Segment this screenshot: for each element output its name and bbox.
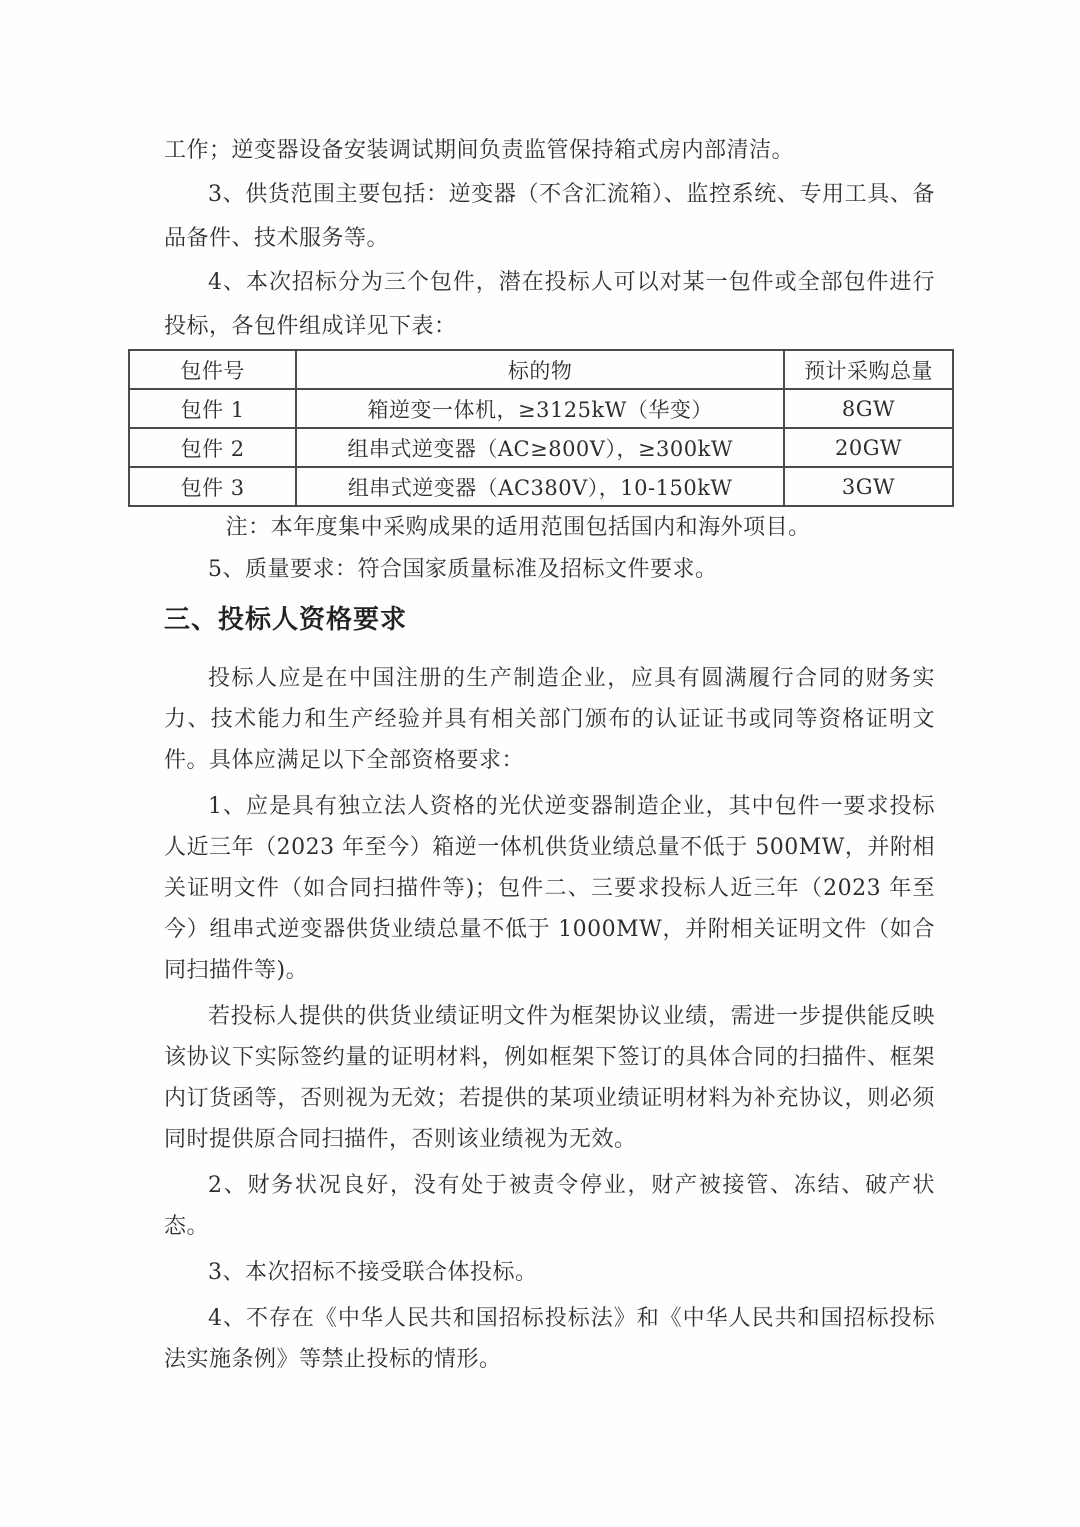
paragraph-packages: 4、本次招标分为三个包件，潜在投标人可以对某一包件或全部包件进行投标，各包件组成… — [164, 261, 935, 349]
paragraph-continuation: 工作；逆变器设备安装调试期间负责监管保持箱式房内部清洁。 — [164, 129, 935, 173]
cell-total-quantity: 3GW — [784, 467, 953, 506]
paragraph-qualification-item-3: 3、本次招标不接受联合体投标。 — [164, 1252, 935, 1293]
table-row-package-3: 包件 3 组串式逆变器（AC380V），10-150kW 3GW — [129, 467, 953, 506]
paragraph-qualification-item-4: 4、不存在《中华人民共和国招标投标法》和《中华人民共和国招标投标法实施条例》等禁… — [164, 1298, 935, 1380]
paragraph-qualification-item-1-supplement: 若投标人提供的供货业绩证明文件为框架协议业绩，需进一步提供能反映该协议下实际签约… — [164, 996, 935, 1160]
table-row-package-1: 包件 1 箱逆变一体机，≥3125kW（华变） 8GW — [129, 389, 953, 428]
paragraph-qualification-item-2: 2、财务状况良好，没有处于被责令停业，财产被接管、冻结、破产状态。 — [164, 1165, 935, 1247]
table-header-row: 包件号 标的物 预计采购总量 — [129, 350, 953, 389]
cell-package-no: 包件 3 — [129, 467, 296, 506]
column-header-total-quantity: 预计采购总量 — [784, 350, 953, 389]
section-heading-bidder-qualifications: 三、投标人资格要求 — [164, 603, 935, 637]
package-table: 包件号 标的物 预计采购总量 包件 1 箱逆变一体机，≥3125kW（华变） 8… — [128, 349, 954, 507]
cell-total-quantity: 8GW — [784, 389, 953, 428]
paragraph-supply-scope: 3、供货范围主要包括：逆变器（不含汇流箱）、监控系统、专用工具、备品备件、技术服… — [164, 173, 935, 261]
document-page: 工作；逆变器设备安装调试期间负责监管保持箱式房内部清洁。 3、供货范围主要包括：… — [0, 0, 1080, 1527]
paragraph-qualification-intro: 投标人应是在中国注册的生产制造企业，应具有圆满履行合同的财务实力、技术能力和生产… — [164, 658, 935, 781]
cell-subject: 组串式逆变器（AC380V），10-150kW — [296, 467, 784, 506]
cell-package-no: 包件 1 — [129, 389, 296, 428]
column-header-package-no: 包件号 — [129, 350, 296, 389]
paragraph-quality: 5、质量要求：符合国家质量标准及招标文件要求。 — [164, 549, 935, 591]
cell-subject: 箱逆变一体机，≥3125kW（华变） — [296, 389, 784, 428]
table-note: 注：本年度集中采购成果的适用范围包括国内和海外项目。 — [164, 507, 935, 549]
cell-package-no: 包件 2 — [129, 428, 296, 467]
paragraph-qualification-item-1: 1、应是具有独立法人资格的光伏逆变器制造企业，其中包件一要求投标人近三年（202… — [164, 786, 935, 991]
column-header-subject: 标的物 — [296, 350, 784, 389]
table-row-package-2: 包件 2 组串式逆变器（AC≥800V），≥300kW 20GW — [129, 428, 953, 467]
cell-subject: 组串式逆变器（AC≥800V），≥300kW — [296, 428, 784, 467]
cell-total-quantity: 20GW — [784, 428, 953, 467]
